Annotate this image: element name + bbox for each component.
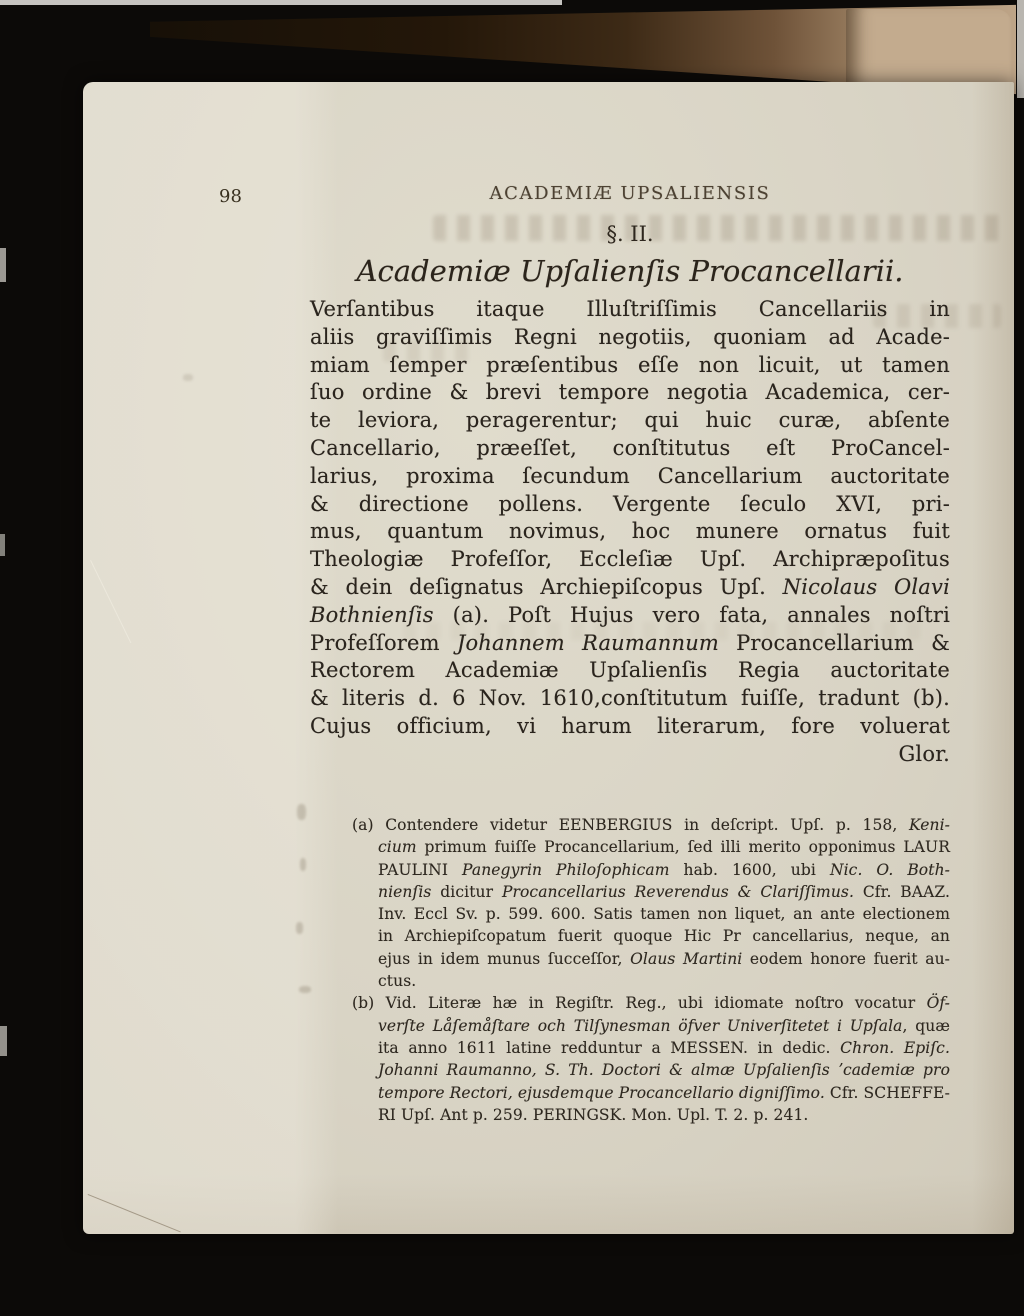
text-segment: mus, quantum novimus, hoc munere ornatus… bbox=[310, 519, 950, 543]
italic-text-segment: Panegyrin Philoſophicam bbox=[462, 861, 670, 879]
italic-text-segment: Procancellarius Reverendus & Clariſſimus… bbox=[502, 883, 854, 901]
margin-blemish bbox=[297, 804, 306, 820]
margin-blemish bbox=[296, 922, 303, 934]
text-line: te leviora, peragerentur; qui huic curæ,… bbox=[310, 407, 950, 435]
text-line: ſuo ordine & brevi tempore negotia Acade… bbox=[310, 379, 950, 407]
text-line: (b) Vid. Literæ hæ in Regiſtr. Reg., ubi… bbox=[352, 992, 950, 1014]
text-line: ejus in idem munus ſucceſſor, Olaus Mart… bbox=[378, 948, 950, 970]
page-number: 98 bbox=[219, 186, 242, 207]
text-segment: & dein deſignatus Archiepiſcopus Upſ. bbox=[310, 575, 783, 599]
text-segment: dicitur bbox=[431, 883, 501, 901]
margin-blemish bbox=[300, 858, 306, 871]
text-segment: Cfr. SCHEFFE- bbox=[825, 1084, 950, 1102]
text-segment: miam ſemper præſentibus eſſe non licuit,… bbox=[310, 353, 950, 377]
text-line: aliis graviſſimis Regni negotiis, quonia… bbox=[310, 324, 950, 352]
italic-text-segment: Bothnienſis bbox=[310, 603, 434, 627]
text-line: larius, proxima ſecundum Cancellarium au… bbox=[310, 463, 950, 491]
text-line: ctus. bbox=[378, 970, 950, 992]
text-segment: ejus in idem munus ſucceſſor, bbox=[378, 950, 630, 968]
text-segment: Theologiæ Profeſſor, Eccleſiæ Upſ. Archi… bbox=[310, 547, 950, 571]
text-line: (a) Contendere videtur EENBERGIUS in deſ… bbox=[352, 814, 950, 836]
text-segment: PAULINI bbox=[378, 861, 462, 879]
text-segment: RI Upſ. Ant p. 259. PERINGSK. Mon. Upl. … bbox=[378, 1106, 808, 1124]
scanner-edge-strip bbox=[0, 0, 562, 5]
text-line: RI Upſ. Ant p. 259. PERINGSK. Mon. Upl. … bbox=[378, 1104, 950, 1126]
italic-text-segment: Chron. Epiſc. bbox=[840, 1039, 950, 1057]
italic-text-segment: Nic. O. Both- bbox=[830, 861, 950, 879]
text-line: Profeſſorem Johannem Raumannum Procancel… bbox=[310, 630, 950, 658]
text-segment: Glor. bbox=[898, 742, 950, 766]
text-segment: Profeſſorem bbox=[310, 631, 457, 655]
text-segment: (b) Vid. Literæ hæ in Regiſtr. Reg., ubi… bbox=[352, 994, 927, 1012]
text-segment: Cujus officium, vi harum literarum, fore… bbox=[310, 714, 950, 738]
text-segment: ctus. bbox=[378, 972, 416, 990]
text-line: Bothnienſis (a). Poſt Hujus vero fata, a… bbox=[310, 602, 950, 630]
text-line: Rectorem Academiæ Upſalienſis Regia auct… bbox=[310, 657, 950, 685]
italic-text-segment: Johannem Raumannum bbox=[457, 631, 719, 655]
text-segment: ſuo ordine & brevi tempore negotia Acade… bbox=[310, 380, 950, 404]
text-segment: & literis d. 6 Nov. 1610,conſtitutum fui… bbox=[310, 686, 950, 710]
text-line: Cancellario, præeſſet, conſtitutus eſt P… bbox=[310, 435, 950, 463]
text-line: Verſantibus itaque Illuſtriſſimis Cancel… bbox=[310, 296, 950, 324]
text-line: in Archiepiſcopatum fuerit quoque Hic Pr… bbox=[378, 925, 950, 947]
text-line: Johanni Raumanno, S. Th. Doctori & almæ … bbox=[378, 1059, 950, 1081]
margin-blemish bbox=[183, 374, 193, 381]
text-segment: Verſantibus itaque Illuſtriſſimis Cancel… bbox=[310, 297, 950, 321]
italic-text-segment: cium bbox=[378, 838, 417, 856]
italic-text-segment: Keni- bbox=[909, 816, 950, 834]
italic-text-segment: Öf- bbox=[927, 994, 950, 1012]
footnote-b: (b) Vid. Literæ hæ in Regiſtr. Reg., ubi… bbox=[378, 992, 950, 1126]
text-segment: eodem honore fuerit au- bbox=[742, 950, 950, 968]
text-segment: & directione pollens. Vergente ſeculo XV… bbox=[310, 492, 950, 516]
italic-text-segment: verſte Låſemåſtare och Tilſynesman öfver… bbox=[378, 1017, 903, 1035]
text-line: Theologiæ Profeſſor, Eccleſiæ Upſ. Archi… bbox=[310, 546, 950, 574]
scanner-edge-strip bbox=[0, 534, 5, 556]
scanner-edge-strip bbox=[0, 248, 6, 282]
text-line: nienſis dicitur Procancellarius Reverend… bbox=[378, 881, 950, 903]
text-segment: hab. 1600, ubi bbox=[670, 861, 830, 879]
italic-text-segment: Nicolaus Olavi bbox=[783, 575, 950, 599]
text-segment: Cfr. BAAZ. bbox=[854, 883, 950, 901]
text-segment: Procancellarium & bbox=[719, 631, 950, 655]
italic-text-segment: Olaus Martini bbox=[630, 950, 742, 968]
text-segment: (a). Poſt Hujus vero fata, annales noſtr… bbox=[434, 603, 950, 627]
text-line: Inv. Eccl Sv. p. 599. 600. Satis tamen n… bbox=[378, 903, 950, 925]
text-line: tempore Rectori, ejusdemque Procancellar… bbox=[378, 1082, 950, 1104]
footnote-a: (a) Contendere videtur EENBERGIUS in deſ… bbox=[378, 814, 950, 992]
italic-text-segment: nienſis bbox=[378, 883, 431, 901]
text-line: Glor. bbox=[310, 741, 950, 769]
text-segment: te leviora, peragerentur; qui huic curæ,… bbox=[310, 408, 950, 432]
text-line: & dein deſignatus Archiepiſcopus Upſ. Ni… bbox=[310, 574, 950, 602]
text-segment: , quæ bbox=[903, 1017, 951, 1035]
italic-text-segment: tempore Rectori, ejusdemque Procancellar… bbox=[378, 1084, 825, 1102]
text-segment: Rectorem Academiæ Upſalienſis Regia auct… bbox=[310, 658, 950, 682]
text-line: cium primum fuiſſe Procancellarium, ſed … bbox=[378, 836, 950, 858]
text-segment: (a) Contendere videtur EENBERGIUS in deſ… bbox=[352, 816, 909, 834]
scanned-page: 98 ACADEMIÆ UPSALIENSIS §. II. Academiæ … bbox=[83, 82, 1014, 1234]
text-segment: Cancellario, præeſſet, conſtitutus eſt P… bbox=[310, 436, 950, 460]
book-scan: 98 ACADEMIÆ UPSALIENSIS §. II. Academiæ … bbox=[0, 0, 1024, 1316]
text-line: ita anno 1611 latine redduntur a MESSEN.… bbox=[378, 1037, 950, 1059]
margin-blemish bbox=[299, 986, 311, 993]
scanner-edge-strip bbox=[1017, 0, 1024, 98]
text-segment: in Archiepiſcopatum fuerit quoque Hic Pr… bbox=[378, 927, 950, 945]
scanner-edge-strip bbox=[0, 1026, 7, 1056]
text-line: miam ſemper præſentibus eſſe non licuit,… bbox=[310, 352, 950, 380]
body-paragraph: Verſantibus itaque Illuſtriſſimis Cancel… bbox=[310, 296, 950, 769]
section-mark: §. II. bbox=[310, 222, 950, 246]
book-fore-edge bbox=[846, 9, 1012, 93]
corner-fold-crease bbox=[88, 1194, 181, 1232]
text-segment: aliis graviſſimis Regni negotiis, quonia… bbox=[310, 325, 950, 349]
text-segment: ita anno 1611 latine redduntur a MESSEN.… bbox=[378, 1039, 840, 1057]
text-line: & directione pollens. Vergente ſeculo XV… bbox=[310, 491, 950, 519]
text-line: mus, quantum novimus, hoc munere ornatus… bbox=[310, 518, 950, 546]
running-header: ACADEMIÆ UPSALIENSIS bbox=[310, 183, 950, 204]
text-line: verſte Låſemåſtare och Tilſynesman öfver… bbox=[378, 1015, 950, 1037]
italic-text-segment: Johanni Raumanno, S. Th. Doctori & almæ … bbox=[378, 1061, 950, 1079]
footnotes-block: (a) Contendere videtur EENBERGIUS in deſ… bbox=[378, 814, 950, 1126]
text-line: & literis d. 6 Nov. 1610,conſtitutum fui… bbox=[310, 685, 950, 713]
page-crease bbox=[90, 560, 131, 643]
text-segment: larius, proxima ſecundum Cancellarium au… bbox=[310, 464, 950, 488]
text-line: Cujus officium, vi harum literarum, fore… bbox=[310, 713, 950, 741]
text-segment: Inv. Eccl Sv. p. 599. 600. Satis tamen n… bbox=[378, 905, 950, 923]
text-line: PAULINI Panegyrin Philoſophicam hab. 160… bbox=[378, 859, 950, 881]
text-segment: primum fuiſſe Procancellarium, ſed illi … bbox=[417, 838, 950, 856]
section-title: Academiæ Upſalienſis Procancellarii. bbox=[310, 254, 950, 288]
